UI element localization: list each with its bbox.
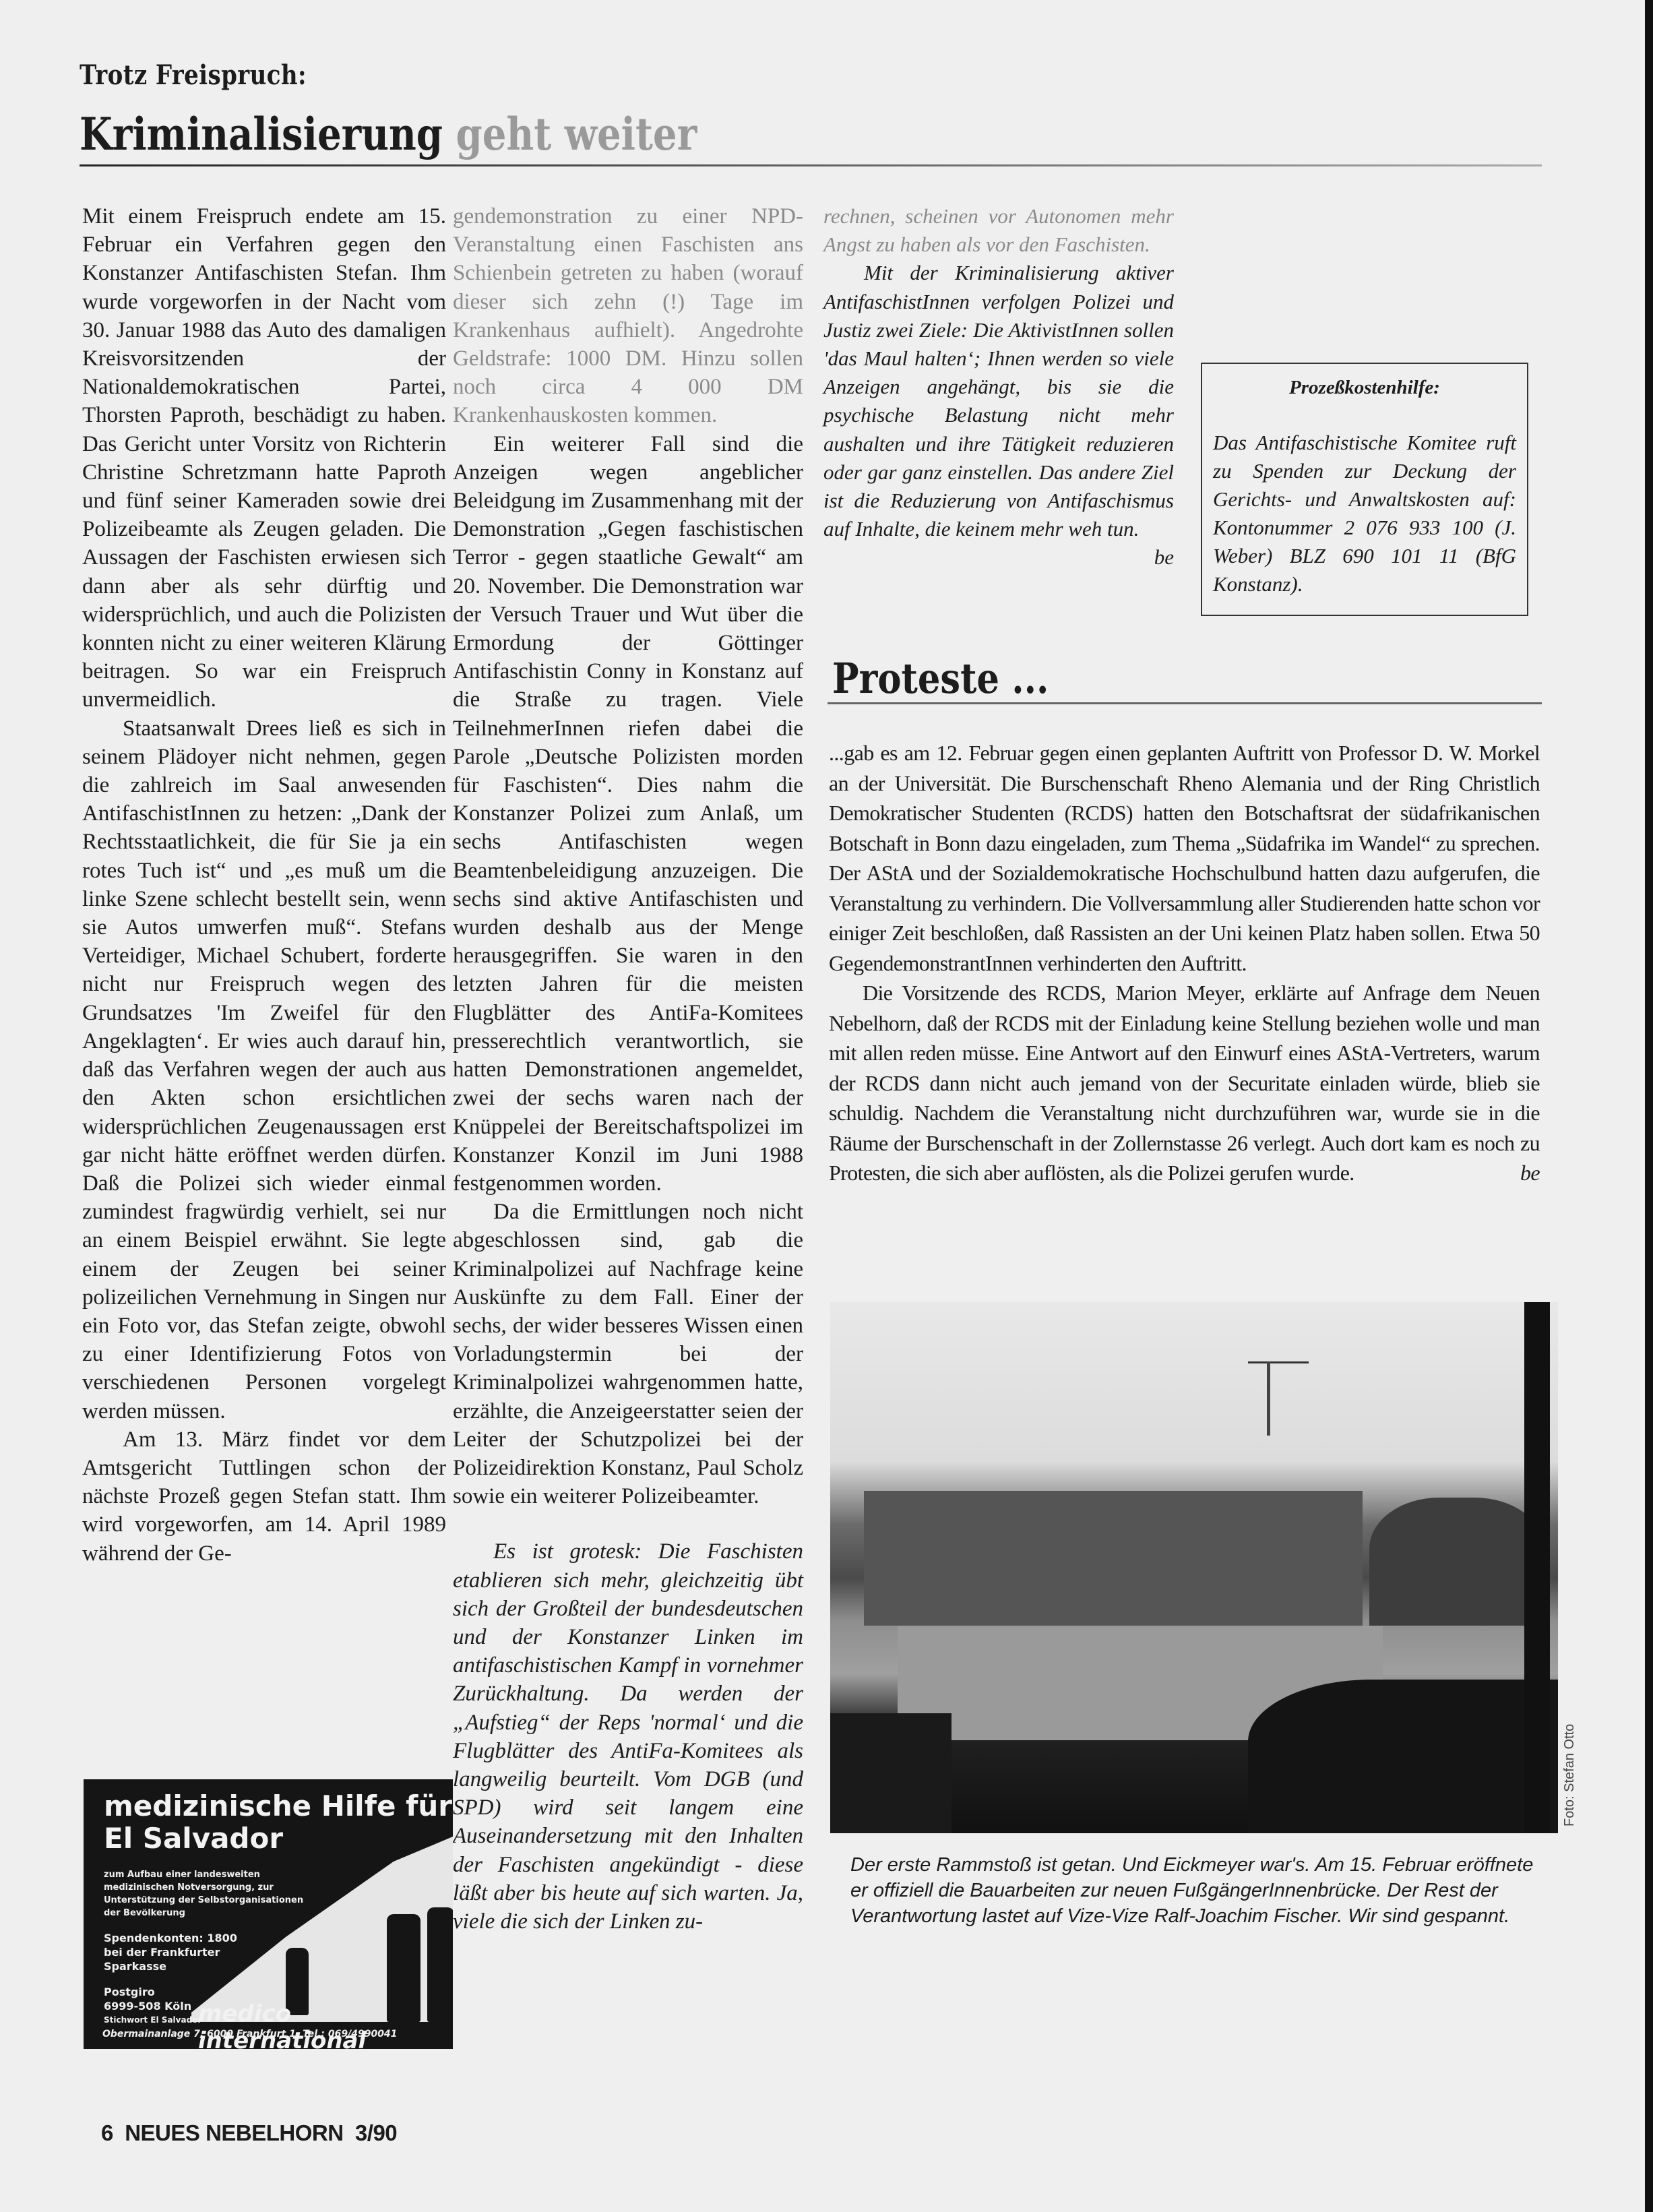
photo-post: [1524, 1302, 1550, 1833]
photo-building: [864, 1491, 1363, 1626]
page-number: 6: [101, 2120, 113, 2145]
article-column-1: Mit einem Freispruch endete am 15. Febru…: [82, 202, 446, 1568]
legal-aid-box: Prozeßkostenhilfe: Das Antifaschistische…: [1201, 363, 1528, 616]
photo-crane-arm: [1248, 1361, 1309, 1363]
legal-aid-body: Das Antifaschistische Komitee ruft zu Sp…: [1213, 429, 1516, 598]
publication-name: NEUES NEBELHORN: [125, 2120, 343, 2145]
author-signature: be: [1487, 1158, 1540, 1188]
ad-title: medizinische Hilfe fürEl Salvador: [104, 1790, 452, 1855]
issue-number: 3/90: [355, 2120, 397, 2145]
postgiro-keyword: Stichwort El Salvador: [104, 2013, 201, 2027]
article-headline: Kriminalisierung geht weiter: [80, 108, 697, 160]
commentary-paragraph: Es ist grotesk: Die Faschisten etabliere…: [453, 1537, 803, 1936]
headline-dark-part: Kriminalisierung: [80, 108, 443, 160]
ad-description: zum Aufbau einer landesweiten medizinisc…: [104, 1868, 306, 1919]
proteste-rule: [828, 702, 1542, 704]
article-column-3: rechnen, scheinen vor Autonomen mehr Ang…: [823, 202, 1174, 572]
medico-advertisement: medizinische Hilfe fürEl Salvador zum Au…: [84, 1779, 453, 2049]
paragraph: ...gab es am 12. Februar gegen einen gep…: [829, 738, 1540, 978]
paragraph: Mit der Kriminalisierung aktiver Antifas…: [823, 259, 1174, 543]
ad-accounts: Spendenkonten: 1800 bei der Frankfurter …: [104, 1931, 239, 1973]
postgiro-label: Postgiro: [104, 1985, 201, 1999]
photo-trees: [1369, 1498, 1545, 1626]
ad-brand: medico international: [198, 2000, 453, 2049]
paragraph: rechnen, scheinen vor Autonomen mehr Ang…: [823, 202, 1174, 259]
page-edge-shadow: [1645, 0, 1653, 2212]
paragraph: Die Vorsitzende des RCDS, Marion Meyer, …: [829, 978, 1540, 1188]
paragraph-text: Mit der Kriminalisierung aktiver Antifas…: [823, 261, 1174, 541]
author-signature: be: [1114, 543, 1174, 572]
paragraph-text: Die Vorsitzende des RCDS, Marion Meyer, …: [829, 981, 1540, 1185]
article-column-2: gendemonstration zu einer NPD-Veranstalt…: [453, 202, 803, 1936]
proteste-headline: Proteste ...: [832, 654, 1049, 703]
photo-bank-right: [1248, 1680, 1558, 1833]
ad-title-line: medizinische Hilfe für: [104, 1790, 452, 1822]
proteste-article: ...gab es am 12. Februar gegen einen gep…: [829, 738, 1540, 1188]
postgiro-number: 6999-508 Köln: [104, 1999, 201, 2013]
photo-crane-mast: [1267, 1361, 1270, 1436]
ad-address: Obermainanlage 7, 6000 Frankfurt 1, Tel.…: [102, 2029, 397, 2039]
paragraph: Staatsanwalt Drees ließ es sich in seine…: [82, 714, 446, 1425]
page-footer: 6 NEUES NEBELHORN 3/90: [101, 2120, 397, 2146]
photo-credit: Foto: Stefan Otto: [1562, 1724, 1578, 1826]
article-kicker: Trotz Freispruch:: [80, 59, 307, 91]
paragraph: Da die Ermittlungen noch nicht abgeschlo…: [453, 1198, 803, 1510]
river-construction-photo: [830, 1302, 1558, 1833]
ad-title-line: El Salvador: [104, 1822, 452, 1855]
ad-postgiro: Postgiro 6999-508 Köln Stichwort El Salv…: [104, 1985, 201, 2027]
photo-bank-left: [830, 1713, 952, 1833]
paragraph: Am 13. März findet vor dem Amtsgericht T…: [82, 1425, 446, 1568]
photo-caption: Der erste Rammstoß ist getan. Und Eickme…: [850, 1852, 1545, 1929]
paragraph: Mit einem Freispruch endete am 15. Febru…: [82, 202, 446, 714]
ad-illustration: [191, 1833, 453, 2022]
headline-faded-part: geht weiter: [443, 108, 697, 160]
legal-aid-title: Prozeßkostenhilfe:: [1213, 373, 1516, 402]
headline-rule: [80, 164, 1542, 166]
paragraph: gendemonstration zu einer NPD-Veranstalt…: [453, 202, 803, 430]
paragraph: Ein weiterer Fall sind die Anzeigen wege…: [453, 430, 803, 1198]
